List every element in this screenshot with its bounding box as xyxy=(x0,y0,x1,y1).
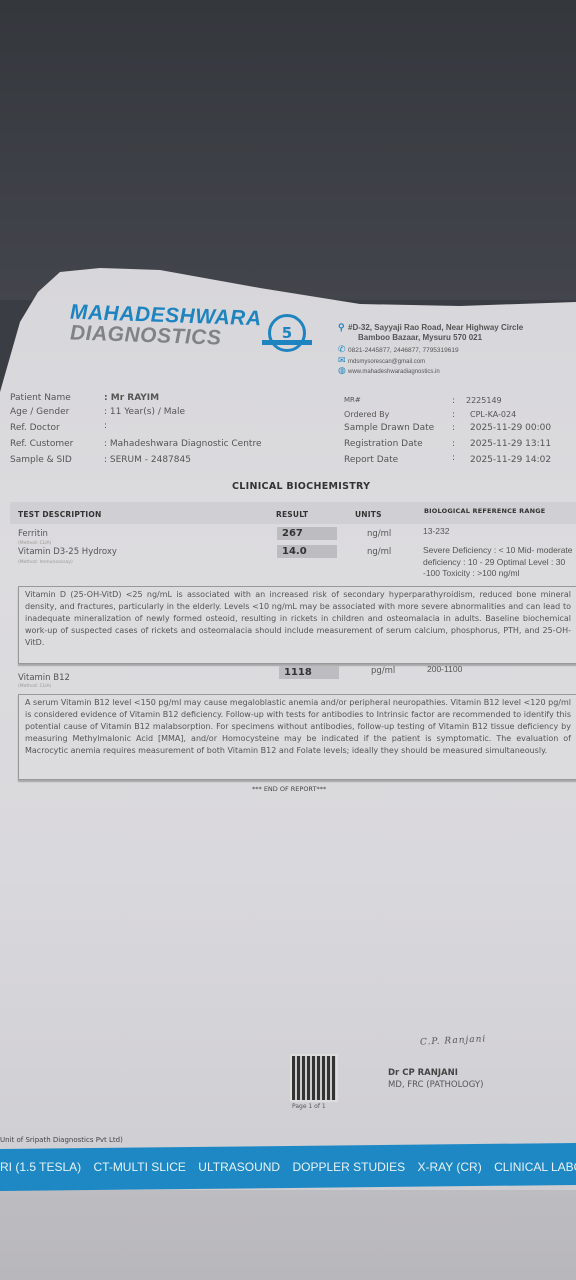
colon: : xyxy=(452,439,455,449)
doctor-degree: MD, FRC (PATHOLOGY) xyxy=(388,1080,483,1090)
unit-ferritin: ng/ml xyxy=(367,529,391,539)
ref-customer-label: Ref. Customer xyxy=(10,439,73,449)
address-line1: ⚲#D-32, Sayyaji Rao Road, Near Highway C… xyxy=(338,322,523,333)
ref-doctor-label: Ref. Doctor xyxy=(10,423,60,433)
test-method-ferritin: (Method: CLIA) xyxy=(18,541,51,546)
registration-date-label: Registration Date xyxy=(344,439,423,449)
result-ferritin: 267 xyxy=(277,527,337,540)
reference-vitamin-b12: 200-1100 xyxy=(427,664,462,676)
section-title: CLINICAL BIOCHEMISTRY xyxy=(232,481,370,492)
phone-line: ✆0821-2445877, 2446877, 7795319619 xyxy=(338,344,459,355)
globe-icon: ◍ xyxy=(338,365,348,376)
unit-vitamin-b12: pg/ml xyxy=(371,666,395,676)
qr-code-icon xyxy=(290,1054,338,1102)
patient-name-label: Patient Name xyxy=(10,393,71,403)
anniversary-badge-icon: 5 xyxy=(268,314,306,352)
ordered-by-label: Ordered By xyxy=(344,410,389,419)
reference-vitamin-d: Severe Deficiency : < 10 Mid- moderate d… xyxy=(423,545,576,580)
report-date-value: 2025-11-29 14:02 xyxy=(470,455,551,465)
report-date-label: Report Date xyxy=(344,455,398,465)
service-xray: X-RAY (CR) xyxy=(417,1160,481,1174)
doctor-name: Dr CP RANJANI xyxy=(388,1068,458,1078)
age-gender-value: : 11 Year(s) / Male xyxy=(104,407,185,417)
vitamin-b12-interpretation-note: A serum Vitamin B12 level <150 pg/ml may… xyxy=(18,694,576,780)
phone-icon: ✆ xyxy=(338,344,348,355)
sample-sid-label: Sample & SID xyxy=(10,455,72,465)
mr-label: MR# xyxy=(344,396,361,404)
test-method-vitamin-d: (Method: Immunoassay) xyxy=(18,560,73,565)
test-name-ferritin: Ferritin xyxy=(18,529,48,539)
colon: : xyxy=(452,453,455,463)
col-units: UNITS xyxy=(355,510,382,519)
ordered-by-value: CPL-KA-024 xyxy=(470,410,516,419)
age-gender-label: Age / Gender xyxy=(10,407,69,417)
badge-ribbon xyxy=(262,340,312,345)
service-doppler: DOPPLER STUDIES xyxy=(292,1160,405,1174)
test-method-vitamin-b12: (Method: CLIA) xyxy=(18,684,51,689)
colon: : xyxy=(452,396,455,406)
col-result: RESULT xyxy=(276,510,308,519)
background-surface xyxy=(0,0,576,300)
colon: : xyxy=(452,423,455,433)
result-vitamin-b12: 1118 xyxy=(279,666,339,679)
result-vitamin-d: 14.0 xyxy=(277,545,337,558)
page-number: Page 1 of 1 xyxy=(292,1103,326,1110)
mr-value: 2225149 xyxy=(466,396,502,405)
unit-vitamin-d: ng/ml xyxy=(367,547,391,557)
registration-date-value: 2025-11-29 13:11 xyxy=(470,439,551,449)
website-line: ◍www.mahadeshwaradiagnostics.in xyxy=(338,365,440,376)
location-pin-icon: ⚲ xyxy=(338,322,348,333)
patient-name-value: : Mr RAYIM xyxy=(104,393,159,403)
reference-ferritin: 13-232 xyxy=(423,526,449,538)
sample-drawn-label: Sample Drawn Date xyxy=(344,423,434,433)
company-unit-text: Unit of Sripath Diagnostics Pvt Ltd) xyxy=(0,1136,123,1144)
services-list: RI (1.5 TESLA) CT-MULTI SLICE ULTRASOUND… xyxy=(0,1160,576,1174)
test-name-vitamin-b12: Vitamin B12 xyxy=(18,673,70,683)
service-ultrasound: ULTRASOUND xyxy=(198,1160,280,1174)
service-clinical-lab: CLINICAL LABOR xyxy=(494,1160,576,1174)
test-name-vitamin-d: Vitamin D3-25 Hydroxy xyxy=(18,547,117,557)
address-line2: Bamboo Bazaar, Mysuru 570 021 xyxy=(358,333,482,342)
vitamin-d-interpretation-note: Vitamin D (25-OH-VitD) <25 ng/mL is asso… xyxy=(18,586,576,664)
sample-sid-value: : SERUM - 2487845 xyxy=(104,455,191,465)
ref-customer-value: : Mahadeshwara Diagnostic Centre xyxy=(104,439,261,449)
col-reference-range: BIOLOGICAL REFERENCE RANGE xyxy=(424,507,545,515)
service-mri: RI (1.5 TESLA) xyxy=(0,1160,81,1174)
end-of-report: *** END OF REPORT*** xyxy=(252,785,326,793)
sample-drawn-value: 2025-11-29 00:00 xyxy=(470,423,551,433)
ref-doctor-value: : xyxy=(104,421,107,431)
paper-bottom xyxy=(0,1190,576,1280)
col-test-description: TEST DESCRIPTION xyxy=(18,510,101,519)
service-ct: CT-MULTI SLICE xyxy=(93,1160,185,1174)
colon: : xyxy=(452,410,455,420)
